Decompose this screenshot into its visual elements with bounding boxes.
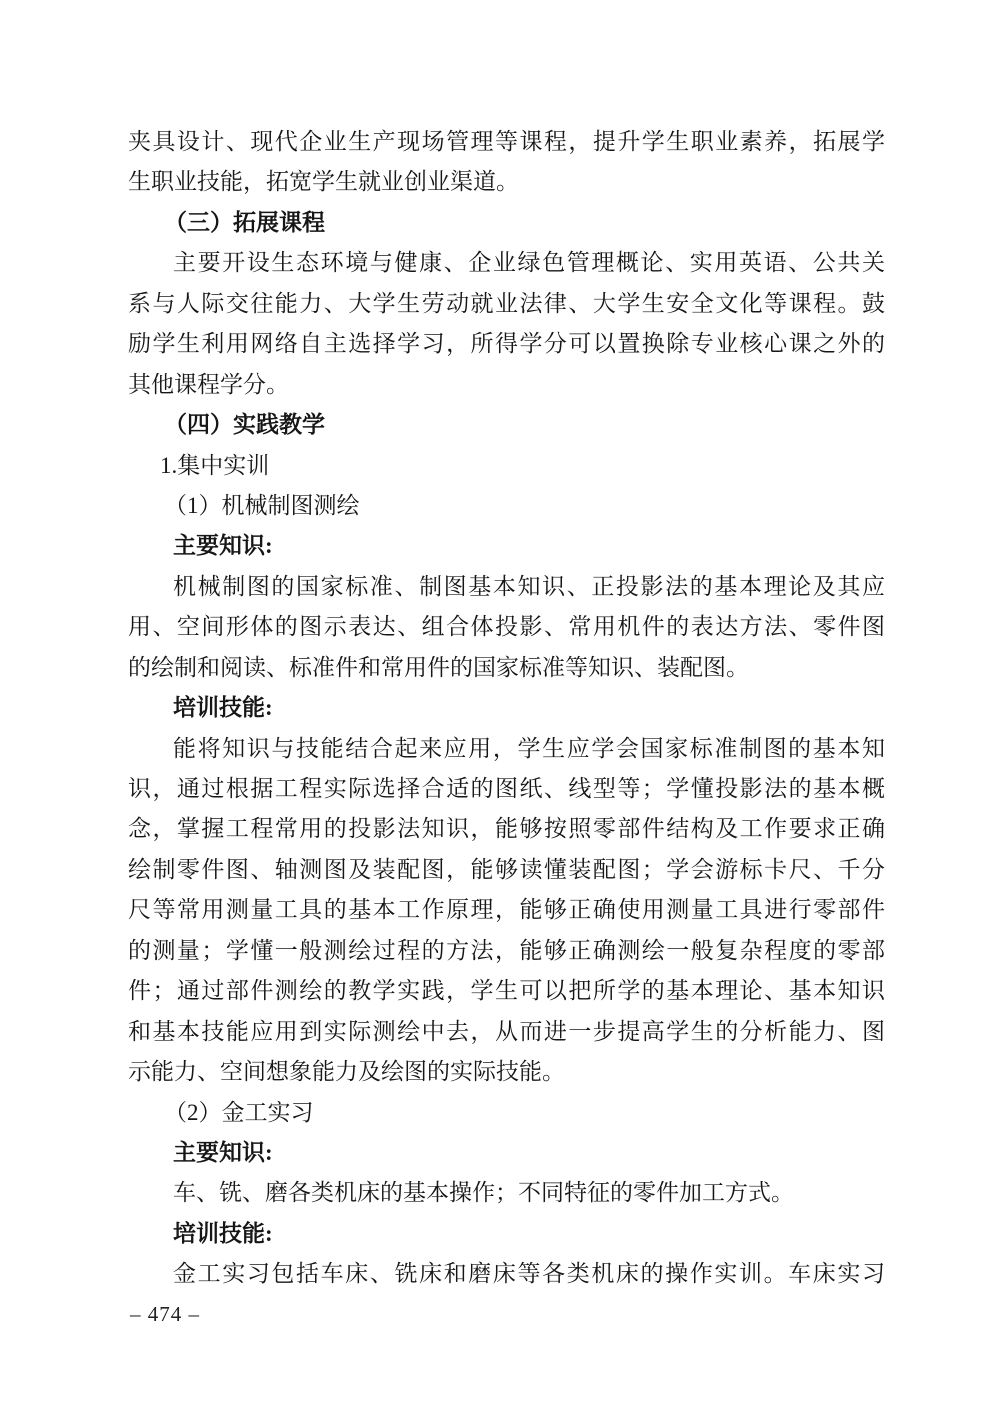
body-line: 机械制图的国家标准、制图基本知识、正投影法的基本理论及其应 [128, 567, 885, 607]
subheading-item-2: （2）金工实习 [128, 1093, 885, 1133]
heading-section-3: （三）拓展课程 [128, 203, 885, 243]
subheading-training-1: 1.集中实训 [128, 446, 885, 486]
label-training-skill: 培训技能: [128, 688, 885, 728]
document-page: 夹具设计、现代企业生产现场管理等课程，提升学生职业素养，拓展学 生职业技能，拓宽… [0, 0, 1000, 1414]
label-training-skill: 培训技能: [128, 1214, 885, 1254]
body-line: 能将知识与技能结合起来应用，学生应学会国家标准制图的基本知 [128, 729, 885, 769]
body-line: 系与人际交往能力、大学生劳动就业法律、大学生安全文化等课程。鼓 [128, 284, 885, 324]
subheading-item-1: （1）机械制图测绘 [128, 486, 885, 526]
heading-section-4: （四）实践教学 [128, 405, 885, 445]
body-line: 和基本技能应用到实际测绘中去，从而进一步提高学生的分析能力、图 [128, 1012, 885, 1052]
page-number: – 474 – [130, 1299, 200, 1329]
body-line: 生职业技能，拓宽学生就业创业渠道。 [128, 162, 885, 202]
label-main-knowledge: 主要知识: [128, 526, 885, 566]
body-line: 金工实习包括车床、铣床和磨床等各类机床的操作实训。车床实习 [128, 1254, 885, 1294]
body-line: 用、空间形体的图示表达、组合体投影、常用机件的表达方法、零件图 [128, 607, 885, 647]
body-line: 识，通过根据工程实际选择合适的图纸、线型等；学懂投影法的基本概 [128, 769, 885, 809]
document-body: 夹具设计、现代企业生产现场管理等课程，提升学生职业素养，拓展学 生职业技能，拓宽… [128, 122, 885, 1295]
body-line: 其他课程学分。 [128, 365, 885, 405]
body-line: 励学生利用网络自主选择学习，所得学分可以置换除专业核心课之外的 [128, 324, 885, 364]
body-line: 的绘制和阅读、标准件和常用件的国家标准等知识、装配图。 [128, 648, 885, 688]
body-line: 夹具设计、现代企业生产现场管理等课程，提升学生职业素养，拓展学 [128, 122, 885, 162]
body-line: 的测量；学懂一般测绘过程的方法，能够正确测绘一般复杂程度的零部 [128, 931, 885, 971]
body-line: 示能力、空间想象能力及绘图的实际技能。 [128, 1052, 885, 1092]
body-line: 主要开设生态环境与健康、企业绿色管理概论、实用英语、公共关 [128, 243, 885, 283]
body-line: 绘制零件图、轴测图及装配图，能够读懂装配图；学会游标卡尺、千分 [128, 850, 885, 890]
body-line: 件；通过部件测绘的教学实践，学生可以把所学的基本理论、基本知识 [128, 971, 885, 1011]
body-line: 尺等常用测量工具的基本工作原理，能够正确使用测量工具进行零部件 [128, 890, 885, 930]
body-line: 念，掌握工程常用的投影法知识，能够按照零部件结构及工作要求正确 [128, 809, 885, 849]
body-line: 车、铣、磨各类机床的基本操作；不同特征的零件加工方式。 [128, 1173, 885, 1213]
label-main-knowledge: 主要知识: [128, 1133, 885, 1173]
